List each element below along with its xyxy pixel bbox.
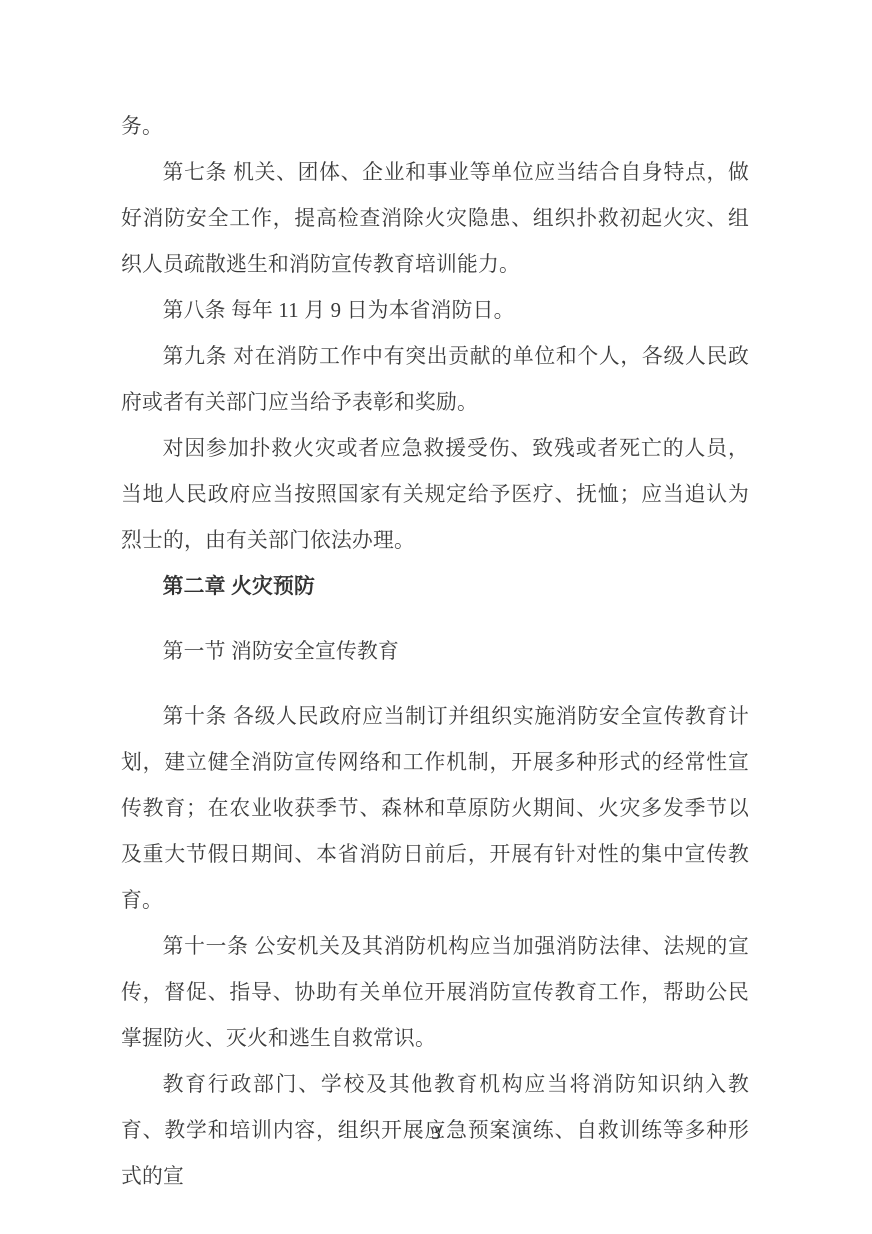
article-8-paragraph: 第八条 每年 11 月 9 日为本省消防日。 xyxy=(121,288,749,334)
document-page: { "page": { "number": "3", "background_c… xyxy=(0,0,872,1234)
article-10-paragraph: 第十条 各级人民政府应当制订并组织实施消防安全宣传教育计划，建立健全消防宣传网络… xyxy=(121,694,749,924)
section-1-heading: 第一节 消防安全宣传教育 xyxy=(121,629,749,675)
article-7-paragraph: 第七条 机关、团体、企业和事业等单位应当结合自身特点，做好消防安全工作，提高检查… xyxy=(121,150,749,288)
paragraph-continued-from-previous-page: 务。 xyxy=(121,104,749,150)
page-number: 3 xyxy=(0,1122,872,1146)
article-11-paragraph: 第十一条 公安机关及其消防机构应当加强消防法律、法规的宣传，督促、指导、协助有关… xyxy=(121,924,749,1062)
chapter-2-heading: 第二章 火灾预防 xyxy=(121,564,749,610)
document-text-block: 务。 第七条 机关、团体、企业和事业等单位应当结合自身特点，做好消防安全工作，提… xyxy=(121,104,749,1200)
article-9-paragraph: 第九条 对在消防工作中有突出贡献的单位和个人，各级人民政府或者有关部门应当给予表… xyxy=(121,334,749,426)
article-9-second-paragraph: 对因参加扑救火灾或者应急救援受伤、致残或者死亡的人员，当地人民政府应当按照国家有… xyxy=(121,426,749,564)
